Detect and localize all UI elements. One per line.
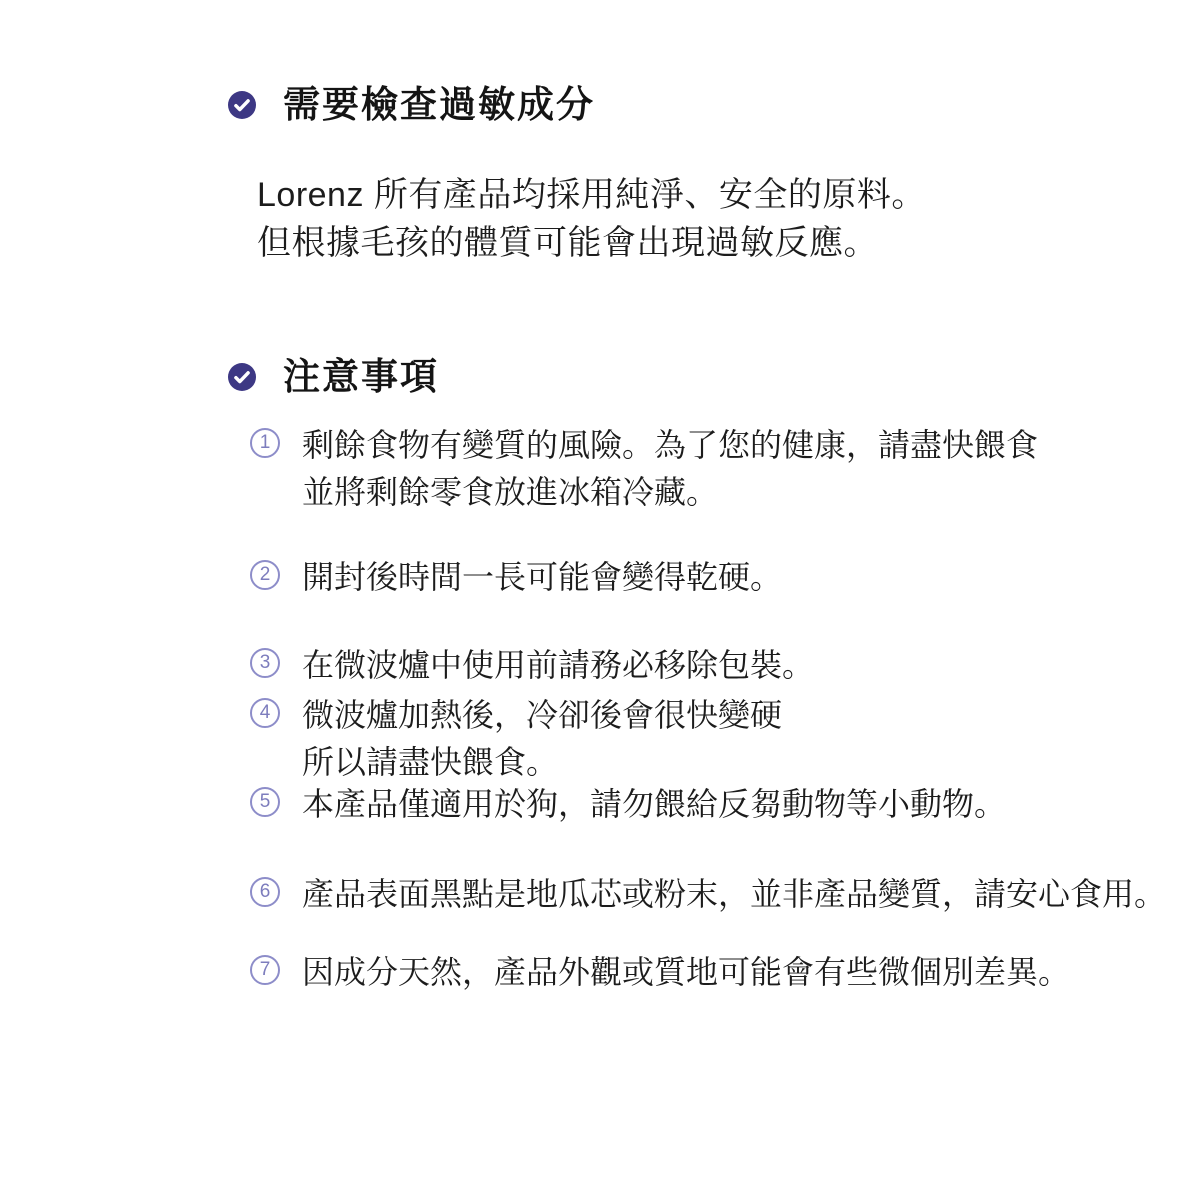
note-text-line: 因成分天然，產品外觀或質地可能會有些微個別差異。 [302,949,1070,996]
note-item-7: 7 因成分天然，產品外觀或質地可能會有些微個別差異。 [250,949,1070,996]
notes-section-title: 注意事項 [283,358,439,395]
note-number-badge: 7 [250,955,280,985]
note-item-6: 6 產品表面黑點是地瓜芯或粉末，並非產品變質，請安心食用。 [250,871,1166,918]
allergy-section-header: 需要檢查過敏成分 [228,86,595,123]
note-item-2: 2 開封後時間一長可能會變得乾硬。 [250,554,782,601]
note-number-badge: 4 [250,698,280,728]
note-text-line: 開封後時間一長可能會變得乾硬。 [302,554,782,601]
allergy-section-body: Lorenz 所有產品均採用純淨、安全的原料。 但根據毛孩的體質可能會出現過敏反… [257,171,926,267]
note-text: 開封後時間一長可能會變得乾硬。 [302,554,782,601]
note-text-line: 在微波爐中使用前請務必移除包裝。 [302,642,814,689]
allergy-body-line: 但根據毛孩的體質可能會出現過敏反應。 [257,219,926,267]
note-text-line: 所以請盡快餵食。 [302,739,782,786]
note-text-line: 剩餘食物有變質的風險。為了您的健康，請盡快餵食 [302,422,1038,469]
note-text-line: 並將剩餘零食放進冰箱冷藏。 [302,469,1038,516]
note-text: 在微波爐中使用前請務必移除包裝。 [302,642,814,689]
note-text: 產品表面黑點是地瓜芯或粉末，並非產品變質，請安心食用。 [302,871,1166,918]
note-item-1: 1 剩餘食物有變質的風險。為了您的健康，請盡快餵食 並將剩餘零食放進冰箱冷藏。 [250,422,1038,516]
note-item-3: 3 在微波爐中使用前請務必移除包裝。 [250,642,814,689]
note-item-4: 4 微波爐加熱後，冷卻後會很快變硬 所以請盡快餵食。 [250,692,782,786]
note-number-badge: 1 [250,428,280,458]
note-item-5: 5 本產品僅適用於狗，請勿餵給反芻動物等小動物。 [250,781,1006,828]
note-text-line: 本產品僅適用於狗，請勿餵給反芻動物等小動物。 [302,781,1006,828]
product-notice-page: 需要檢查過敏成分 Lorenz 所有產品均採用純淨、安全的原料。 但根據毛孩的體… [0,0,1200,1200]
note-text-line: 產品表面黑點是地瓜芯或粉末，並非產品變質，請安心食用。 [302,871,1166,918]
check-circle-icon [228,91,256,119]
notes-section-header: 注意事項 [228,358,439,395]
note-text: 剩餘食物有變質的風險。為了您的健康，請盡快餵食 並將剩餘零食放進冰箱冷藏。 [302,422,1038,516]
allergy-body-line: Lorenz 所有產品均採用純淨、安全的原料。 [257,171,926,219]
note-number-badge: 3 [250,648,280,678]
note-number-badge: 6 [250,877,280,907]
note-text: 微波爐加熱後，冷卻後會很快變硬 所以請盡快餵食。 [302,692,782,786]
note-text-line: 微波爐加熱後，冷卻後會很快變硬 [302,692,782,739]
note-number-badge: 2 [250,560,280,590]
note-text: 本產品僅適用於狗，請勿餵給反芻動物等小動物。 [302,781,1006,828]
note-text: 因成分天然，產品外觀或質地可能會有些微個別差異。 [302,949,1070,996]
allergy-section-title: 需要檢查過敏成分 [283,86,595,123]
check-circle-icon [228,363,256,391]
note-number-badge: 5 [250,787,280,817]
